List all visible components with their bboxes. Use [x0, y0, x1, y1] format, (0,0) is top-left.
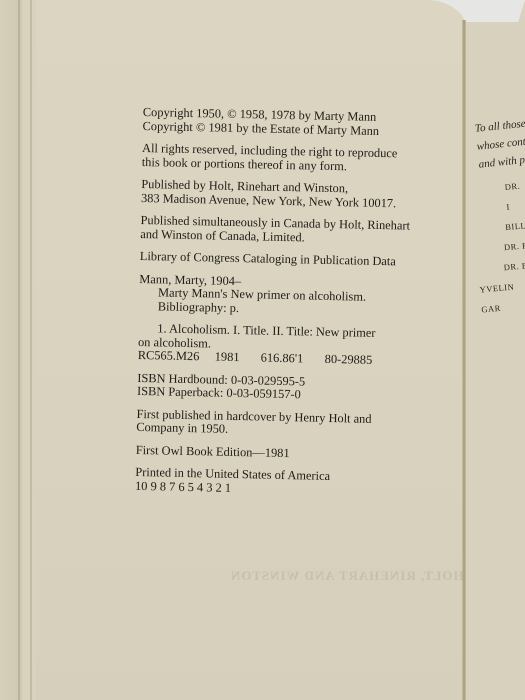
dewey-number: 616.86'1 — [261, 352, 325, 367]
page-edge-line — [18, 0, 20, 700]
copyright-text-block: Copyright 1950, © 1958, 1978 by Marty Ma… — [135, 106, 443, 508]
show-through-publisher: HOLT, RINEHART AND WINSTON — [230, 568, 464, 584]
rights-reserved: All rights reserved, including the right… — [142, 142, 442, 175]
cip-record: Mann, Marty, 1904– Marty Mann's New prim… — [139, 272, 440, 319]
cip-heading: Library of Congress Cataloging in Public… — [140, 250, 440, 270]
page-edge-line — [30, 0, 32, 700]
isbn-block: ISBN Hardbound: 0-03-029595-5 ISBN Paper… — [137, 371, 437, 404]
edition-statement: First Owl Book Edition—1981 — [136, 443, 436, 463]
call-number: RC565.M26 — [138, 349, 215, 364]
publisher-info: Published by Holt, Rinehart and Winston,… — [141, 178, 441, 211]
lccn: 80-29885 — [325, 353, 373, 367]
printing-info: Printed in the United States of America … — [135, 466, 435, 499]
first-published: First published in hardcover by Henry Ho… — [136, 407, 436, 440]
cip-subjects: 1. Alcoholism. I. Title. II. Title: New … — [138, 322, 439, 369]
cip-year: 1981 — [215, 351, 261, 365]
canada-publication: Published simultaneously in Canada by Ho… — [140, 214, 440, 247]
dedication-text: To all those whose cont and with pa — [474, 114, 525, 174]
copyright-notice: Copyright 1950, © 1958, 1978 by Marty Ma… — [142, 106, 442, 139]
